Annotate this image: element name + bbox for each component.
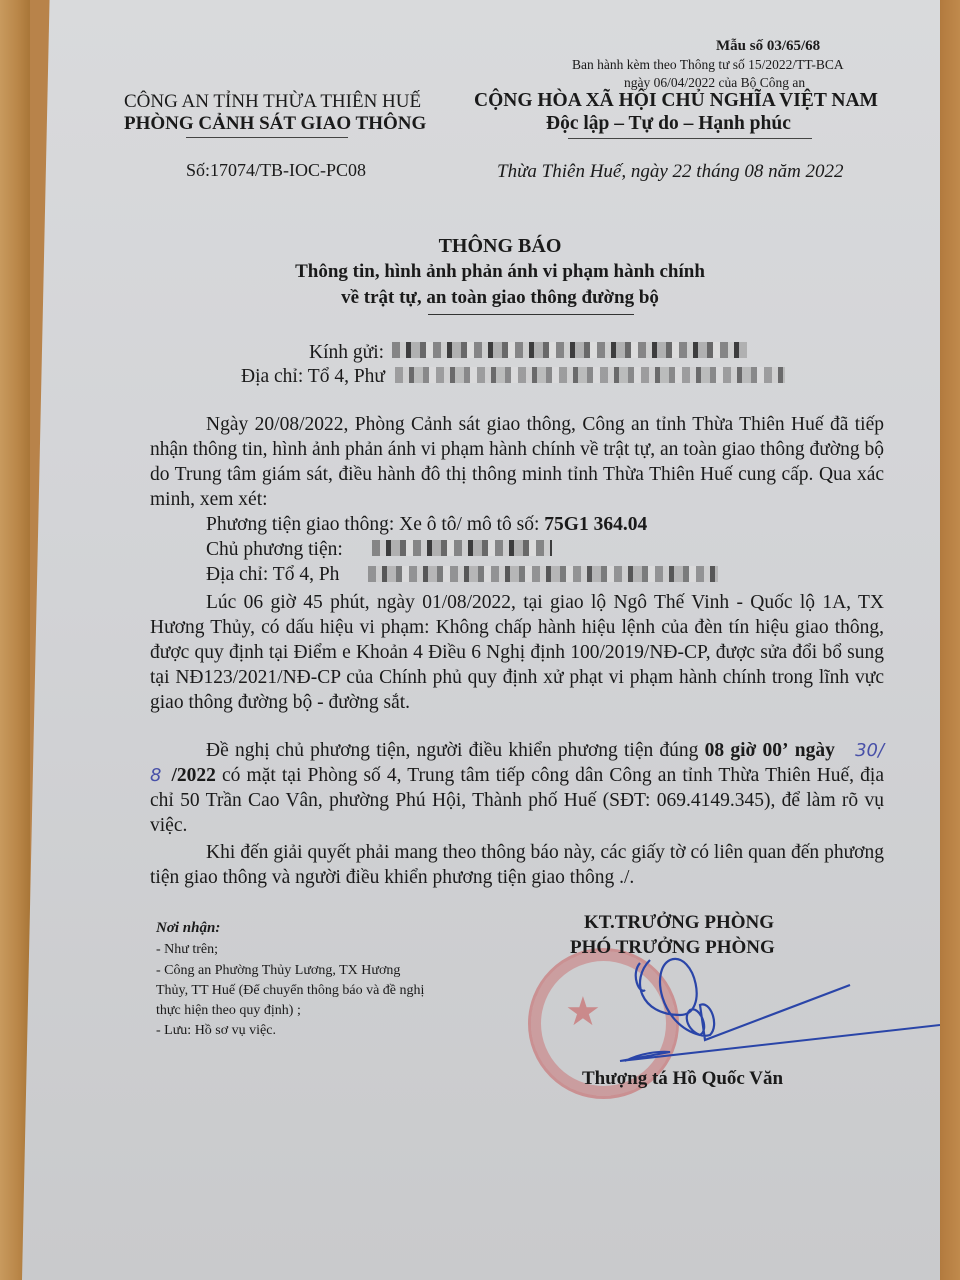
paragraph-text: Lúc 06 giờ 45 phút, ngày 01/08/2022, tại… <box>150 592 884 713</box>
recipient-item: - Công an Phường Thủy Lương, TX Hương <box>156 963 400 979</box>
org-name: PHÒNG CẢNH SÁT GIAO THÔNG <box>124 113 426 135</box>
nation-title: CỘNG HÒA XÃ HỘI CHỦ NGHĨA VIỆT NAM <box>474 90 878 112</box>
paragraph-text: Ngày 20/08/2022, Phòng Cảnh sát giao thô… <box>150 414 884 510</box>
doc-subtitle-2: về trật tự, an toàn giao thông đường bộ <box>0 287 960 309</box>
paragraph-violation: Lúc 06 giờ 45 phút, ngày 01/08/2022, tại… <box>150 590 884 715</box>
nation-motto: Độc lập – Tự do – Hạnh phúc <box>546 113 791 135</box>
summons-year: /2022 <box>171 765 215 786</box>
doc-title: THÔNG BÁO <box>0 235 960 258</box>
vehicle-line: Phương tiện giao thông: Xe ô tô/ mô tô s… <box>206 512 647 537</box>
summons-location: có mặt tại Phòng số 4, Trung tâm tiếp cô… <box>150 765 884 836</box>
paragraph-documents: Khi đến giải quyết phải mang theo thông … <box>150 840 884 890</box>
summons-day-label: ngày <box>795 740 835 761</box>
summons-time: 08 giờ 00’ <box>705 740 789 761</box>
vehicle-label: Phương tiện giao thông: Xe ô tô/ mô tô s… <box>206 514 544 535</box>
place-date: Thừa Thiên Huế, ngày 22 tháng 08 năm 202… <box>497 161 844 183</box>
signer-title-1: KT.TRƯỞNG PHÒNG <box>584 912 774 934</box>
redacted-owner-address <box>368 566 718 582</box>
vehicle-plate: 75G1 364.04 <box>544 514 647 535</box>
desk-surface-left <box>0 0 30 1280</box>
redacted-owner-name <box>372 540 552 556</box>
paragraph-text: Khi đến giải quyết phải mang theo thông … <box>150 842 884 888</box>
recipient-item: - Lưu: Hồ sơ vụ việc. <box>156 1023 276 1039</box>
doc-subtitle-1: Thông tin, hình ảnh phản ánh vi phạm hàn… <box>0 261 960 283</box>
motto-underline <box>568 138 812 139</box>
recipient-label: Kính gửi: <box>309 340 384 365</box>
recipient-item: - Như trên; <box>156 942 218 958</box>
form-issued-line1: Ban hành kèm theo Thông tư số 15/2022/TT… <box>572 57 844 73</box>
paragraph-received: Ngày 20/08/2022, Phòng Cảnh sát giao thô… <box>150 412 884 512</box>
org-parent: CÔNG AN TỈNH THỪA THIÊN HUẾ <box>124 91 421 113</box>
recipients-heading: Nơi nhận: <box>156 920 220 937</box>
redacted-recipient-name <box>392 342 747 358</box>
owner-address-label: Địa chỉ: Tổ 4, Ph <box>206 562 339 587</box>
paragraph-summons: Đề nghị chủ phương tiện, người điều khiể… <box>150 738 884 838</box>
form-issued-line2: ngày 06/04/2022 của Bộ Công an <box>624 75 805 91</box>
form-number: Mẫu số 03/65/68 <box>716 38 820 55</box>
owner-label: Chủ phương tiện: <box>206 537 343 562</box>
recipient-address-label: Địa chỉ: Tổ 4, Phư <box>241 364 385 389</box>
summons-text: Đề nghị chủ phương tiện, người điều khiể… <box>206 740 705 761</box>
org-underline <box>186 137 348 138</box>
stamp-star-icon: ★ <box>565 988 601 1035</box>
signer-name: Thượng tá Hồ Quốc Văn <box>582 1068 783 1090</box>
handwritten-signature-icon <box>600 955 940 1065</box>
recipient-item: Thủy, TT Huế (Để chuyển thông báo và đề … <box>156 983 424 999</box>
title-underline <box>428 314 634 315</box>
doc-number: Số:17074/TB-IOC-PC08 <box>186 160 366 181</box>
redacted-recipient-address <box>395 367 785 383</box>
recipient-item: thực hiện theo quy định) ; <box>156 1003 301 1019</box>
